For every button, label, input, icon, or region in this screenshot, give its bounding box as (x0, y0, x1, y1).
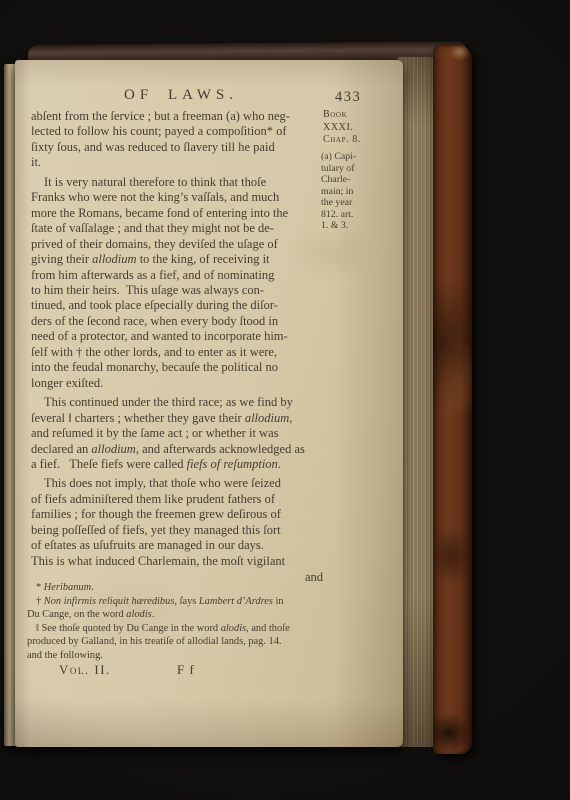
body-paragraphs: abſent from the ſervice ; but a freeman … (31, 109, 333, 569)
text-line: and reſumed it by the ſame act ; or whet… (31, 426, 333, 441)
signature-line: Vol. II. F f (31, 662, 333, 680)
book-page: OF LAWS. 433 BookXXXI.Chap. 8. (a) Capi-… (15, 60, 403, 747)
text-line: families ; for though the freemen grew d… (31, 507, 333, 522)
page-number: 433 (335, 89, 361, 106)
text-line: more the Romans, became fond of entering… (31, 206, 333, 221)
text-line: abſent from the ſervice ; but a freeman … (31, 109, 333, 124)
text-line: ‖ See thoſe quoted by Du Cange in the wo… (27, 622, 339, 636)
running-title: OF LAWS. (31, 87, 331, 104)
text-line: ſeveral ‖ charters ; whether they gave t… (31, 411, 333, 426)
text-line: This is what induced Charlemain, the moſ… (31, 554, 333, 569)
text-line: to him their heirs. This uſage was alway… (31, 283, 333, 298)
text-line: declared an allodium, and afterwards ack… (31, 442, 333, 457)
body-text: abſent from the ſervice ; but a freeman … (31, 109, 333, 586)
text-line: of fiefs adminiſtered them like prudent … (31, 492, 333, 507)
footnotes: * Heribanum.† Non infirmis reliquit hære… (27, 581, 339, 662)
volume-label: Vol. II. (59, 662, 111, 678)
text-line: from him afterwards as a fief, and of no… (31, 268, 333, 283)
text-line: into the feudal monarchy, becauſe the po… (31, 360, 333, 375)
text-line: of eſtates as uſufruits are managed in o… (31, 538, 333, 553)
text-line: need of a protector, and wanted to incor… (31, 329, 333, 344)
text-line: This does not imply, that thoſe who were… (31, 476, 333, 491)
photo-background: OF LAWS. 433 BookXXXI.Chap. 8. (a) Capi-… (0, 0, 570, 800)
text-line: tinued, and took place eſpecially during… (31, 298, 333, 313)
gathering-mark: F f (177, 662, 195, 678)
text-line: † Non infirmis reliquit hæredibus, ſays … (27, 595, 339, 609)
text-line: ſelf with † the other lords, and to ente… (31, 345, 333, 360)
paragraph: This continued under the third race; as … (31, 395, 333, 472)
paragraph: It is very natural therefore to think th… (31, 175, 333, 391)
text-line: ſixty ſous, and was reduced to ſlavery t… (31, 140, 333, 155)
text-line: being poſſeſſed of fiefs, yet they manag… (31, 523, 333, 538)
text-line: It is very natural therefore to think th… (31, 175, 333, 190)
text-line: produced by Galland, in his treatiſe of … (27, 635, 339, 649)
text-line: Franks who were not the king’s vaſſals, … (31, 190, 333, 205)
text-line: longer exiſted. (31, 376, 333, 391)
text-line: ders of the ſecond race, when every body… (31, 314, 333, 329)
text-line: ſtate of vaſſalage ; and that they might… (31, 221, 333, 236)
text-line: a fief. Theſe fiefs were called fiefs of… (31, 457, 333, 472)
text-line: This continued under the third race; as … (31, 395, 333, 410)
page-fore-edge (398, 57, 438, 747)
leather-binding (433, 46, 472, 754)
text-line: giving their allodium to the king, of re… (31, 252, 333, 267)
paragraph: This does not imply, that thoſe who were… (31, 476, 333, 569)
text-line: it. (31, 155, 333, 170)
paragraph: abſent from the ſervice ; but a freeman … (31, 109, 333, 171)
text-line: prived of their domains, they deviſed th… (31, 237, 333, 252)
text-line: * Heribanum. (27, 581, 339, 595)
text-line: Du Cange, on the word alodis. (27, 608, 339, 622)
text-line: lected to follow his count; payed a comp… (31, 124, 333, 139)
text-line: and the following. (27, 649, 339, 663)
